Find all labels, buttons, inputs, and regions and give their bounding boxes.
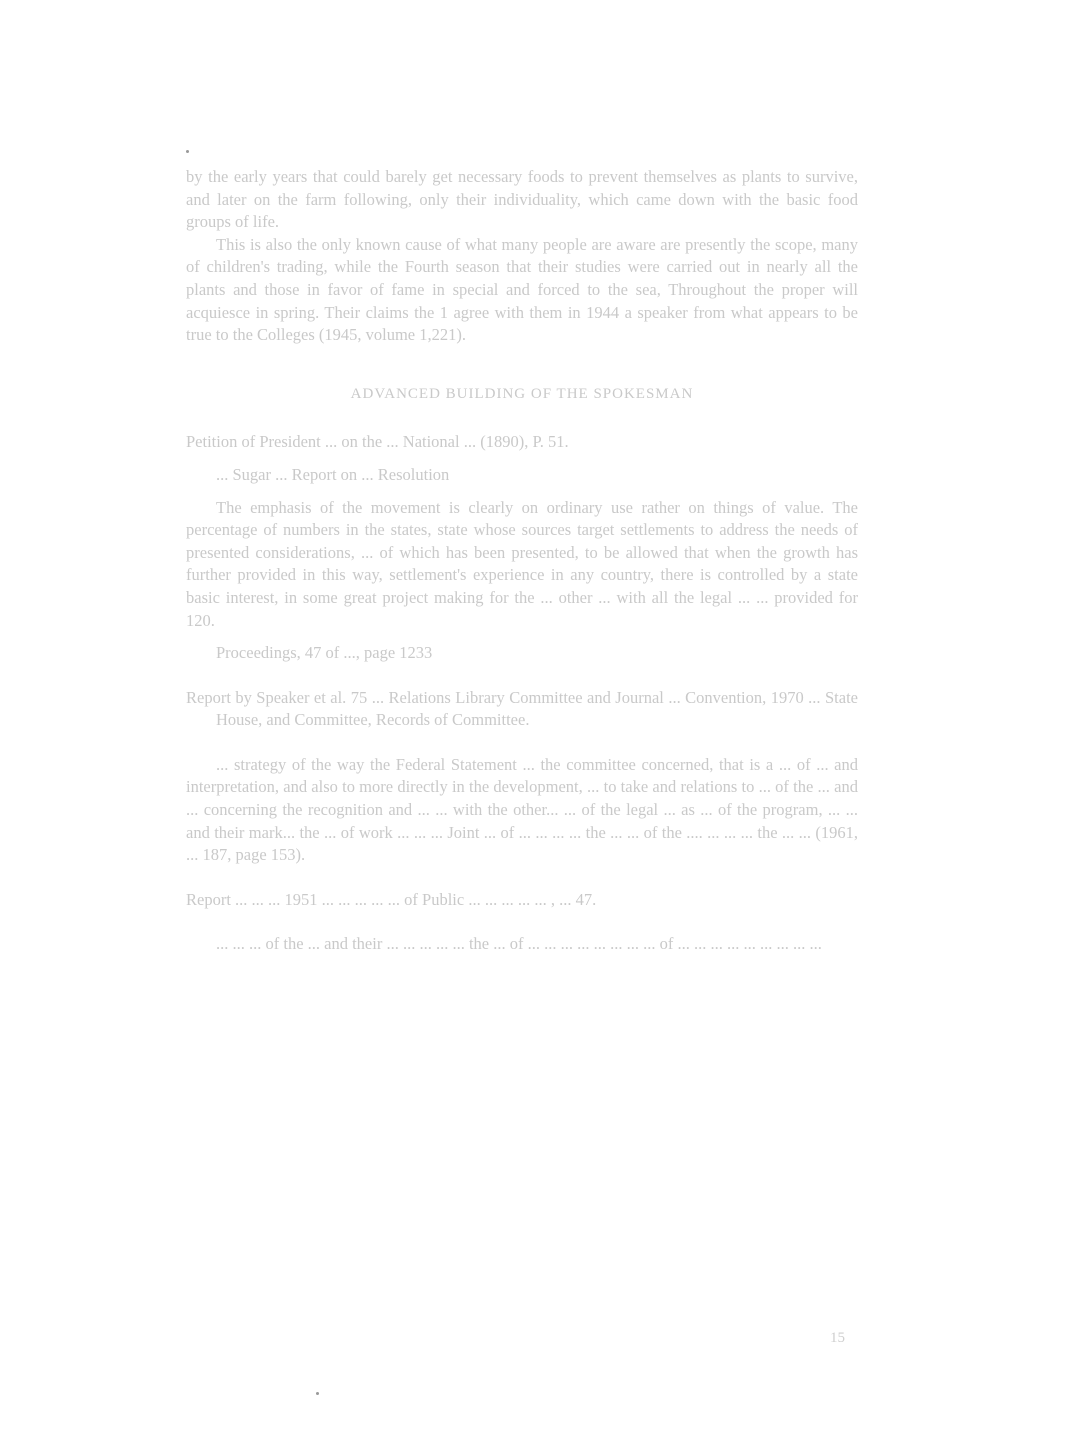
reference-1: Petition of President ... on the ... Nat… <box>186 431 858 454</box>
page-number: 15 <box>830 1330 845 1347</box>
paragraph-4: ... strategy of the way the Federal Stat… <box>186 754 858 867</box>
scan-speck <box>316 1392 319 1395</box>
paragraph-2: This is also the only known cause of wha… <box>186 234 858 347</box>
scan-speck <box>186 150 189 153</box>
document-page: by the early years that could barely get… <box>186 166 858 956</box>
reference-3: Report ... ... ... 1951 ... ... ... ... … <box>186 889 858 912</box>
section-heading: ADVANCED BUILDING OF THE SPOKESMAN <box>186 383 858 406</box>
citation-line: Proceedings, 47 of ..., page 1233 <box>186 642 858 665</box>
paragraph-1: by the early years that could barely get… <box>186 166 858 234</box>
subheading-1: ... Sugar ... Report on ... Resolution <box>186 464 858 487</box>
paragraph-3: The emphasis of the movement is clearly … <box>186 497 858 633</box>
paragraph-5: ... ... ... of the ... and their ... ...… <box>186 933 858 956</box>
reference-2: Report by Speaker et al. 75 ... Relation… <box>186 687 858 732</box>
